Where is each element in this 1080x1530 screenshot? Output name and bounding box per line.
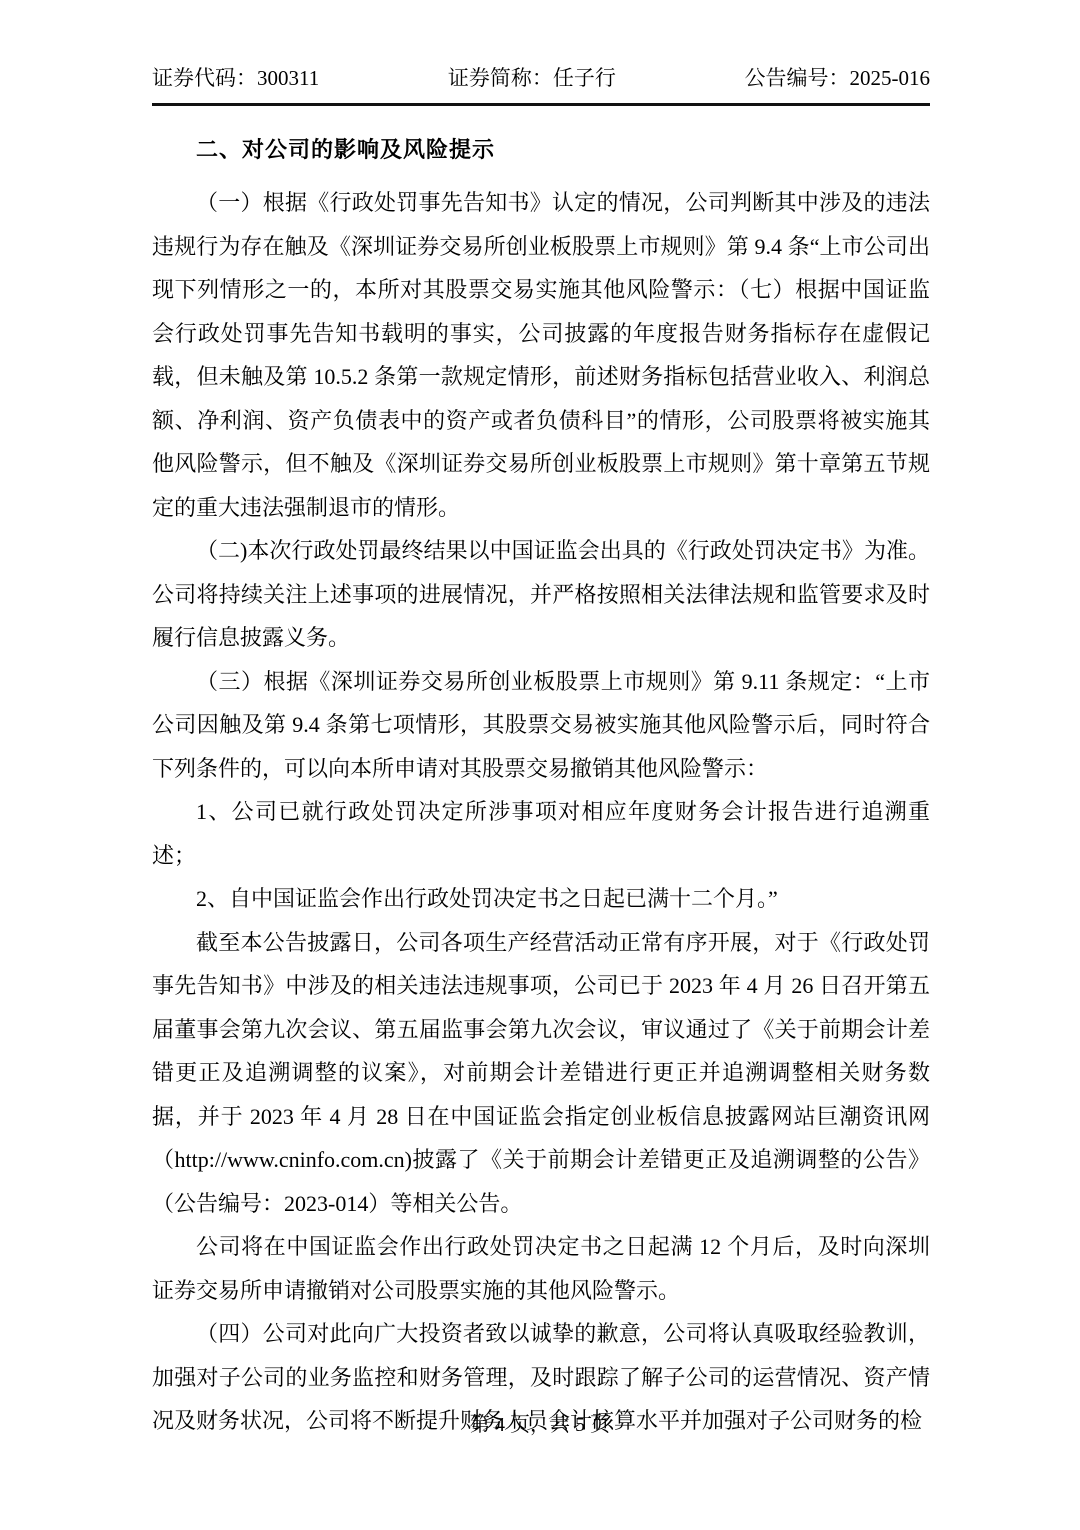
paragraph: （三）根据《深圳证券交易所创业板股票上市规则》第 9.11 条规定：“上市公司因… (152, 660, 930, 791)
document-body: 二、对公司的影响及风险提示 （一）根据《行政处罚事先告知书》认定的情况，公司判断… (152, 128, 930, 1443)
document-header: 证券代码：300311 证券简称：任子行 公告编号：2025-016 (152, 62, 930, 106)
paragraph: 截至本公告披露日，公司各项生产经营活动正常有序开展，对于《行政处罚事先告知书》中… (152, 921, 930, 1226)
stock-abbr-label: 证券简称： (448, 66, 553, 90)
section-heading: 二、对公司的影响及风险提示 (152, 128, 930, 171)
paragraph: （二)本次行政处罚最终结果以中国证监会出具的《行政处罚决定书》为准。公司将持续关… (152, 529, 930, 660)
list-item: 1、公司已就行政处罚决定所涉事项对相应年度财务会计报告进行追溯重述； (152, 790, 930, 877)
stock-code-value: 300311 (257, 66, 319, 90)
stock-abbr-value: 任子行 (553, 66, 616, 90)
announcement-number: 公告编号：2025-016 (744, 62, 930, 92)
paragraph: 公司将在中国证监会作出行政处罚决定书之日起满 12 个月后，及时向深圳证券交易所… (152, 1225, 930, 1312)
document-page: 证券代码：300311 证券简称：任子行 公告编号：2025-016 二、对公司… (0, 0, 1080, 1530)
list-item: 2、自中国证监会作出行政处罚决定书之日起已满十二个月。” (152, 877, 930, 921)
stock-code-label: 证券代码： (152, 66, 257, 90)
announcement-number-value: 2025-016 (849, 66, 930, 90)
stock-code: 证券代码：300311 (152, 62, 319, 92)
stock-abbr: 证券简称：任子行 (448, 62, 616, 92)
paragraph: （一）根据《行政处罚事先告知书》认定的情况，公司判断其中涉及的违法违规行为存在触… (152, 181, 930, 529)
page-number: 第 4 页，共 5 页 (0, 1408, 1080, 1437)
announcement-number-label: 公告编号： (744, 66, 849, 90)
